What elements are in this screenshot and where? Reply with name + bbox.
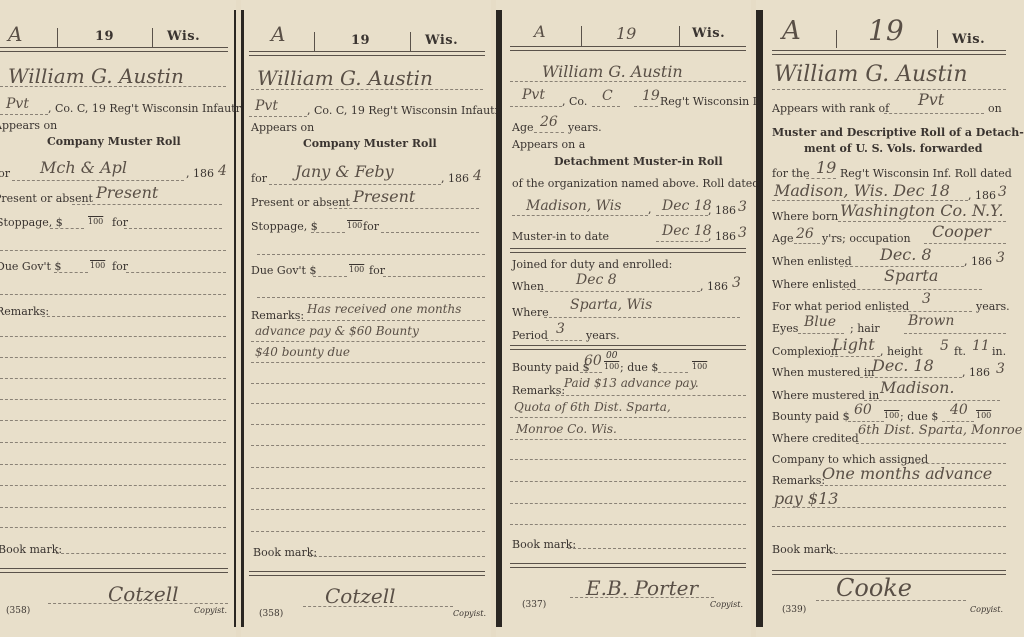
credited-value: 6th Dist. Sparta, Monroe: [858, 423, 1022, 438]
copyist-label: Copyist.: [194, 606, 227, 615]
rank-label: Appears with rank of: [772, 102, 889, 115]
eyes-label: Eyes: [772, 322, 798, 335]
year-printed: , 186: [708, 204, 736, 217]
remarks-line-3: $40 bounty due: [255, 345, 350, 359]
occupation-label: y'rs; occupation: [822, 232, 911, 245]
rank-value: Pvt: [6, 96, 29, 112]
complexion-value: Light: [832, 335, 875, 354]
hair-value: Brown: [908, 313, 954, 329]
unit-line: , Co. C, 19 Reg't Wisconsin Infautry.: [307, 104, 508, 117]
eyes-value: Blue: [804, 314, 836, 330]
header-regiment: 19: [351, 33, 370, 48]
height-ft: 5: [940, 338, 949, 354]
remarks-line-1: Paid $13 advance pay.: [564, 376, 699, 390]
copyist-label: Copyist.: [453, 609, 486, 618]
card-edge: [756, 10, 763, 627]
remarks-line-1: Has received one months: [307, 302, 461, 316]
roll-type-line-2: ment of U. S. Vols. forwarded: [804, 142, 982, 155]
service-card-1: A 19 Wis. William G. Austin Pvt , Co. C,…: [0, 0, 236, 637]
muster-value: Dec 18: [662, 223, 712, 239]
reg-line: Reg't Wisconsin Inf. Roll dated: [840, 167, 1012, 180]
service-card-2: A 19 Wis. William G. Austin Pvt , Co. C,…: [241, 0, 491, 637]
roll-type: Detachment Muster-in Roll: [554, 155, 723, 168]
credited-label: Where credited: [772, 432, 859, 445]
period-value: 3: [922, 291, 931, 307]
appears-on-label: Appears on: [0, 119, 57, 132]
for-label: for: [0, 167, 10, 180]
due-value: 40: [950, 402, 968, 418]
year-hand: 4: [218, 163, 227, 179]
copyist-signature: Cotzell: [325, 584, 396, 608]
form-number: (337): [522, 600, 546, 610]
copyist-label: Copyist.: [710, 600, 743, 609]
stoppage-frac: 100: [88, 217, 103, 226]
soldier-name: William G. Austin: [542, 62, 683, 81]
remarks-line-2: Quota of 6th Dist. Sparta,: [514, 400, 671, 414]
remarks-line-1: One months advance: [822, 464, 992, 483]
stoppage-for: for: [363, 220, 379, 233]
co-value: C: [602, 88, 613, 104]
present-value: Present: [96, 183, 158, 202]
age-suffix: years.: [568, 121, 602, 134]
age-value: 26: [796, 226, 814, 242]
remarks-label: Remarks:: [772, 474, 825, 487]
rank-suffix: on: [988, 102, 1002, 115]
year-hand: 3: [998, 184, 1007, 200]
present-value: Present: [353, 187, 415, 206]
rank-value: Pvt: [918, 90, 944, 109]
age-label: Age: [772, 232, 794, 245]
ft-label: ft.: [954, 345, 966, 358]
where-mustered-value: Madison.: [880, 378, 955, 397]
enlisted-year-printed: , 186: [964, 255, 992, 268]
bookmark-label: Book mark:: [253, 546, 317, 559]
due-gov-label: Due Gov't $: [0, 260, 61, 273]
period-value: 3: [556, 321, 565, 337]
enlisted-year-hand: 3: [996, 250, 1005, 266]
bookmark-label: Book mark:: [512, 538, 576, 551]
for-value: Mch & Apl: [40, 158, 127, 177]
form-number: (358): [259, 609, 283, 619]
copyist-label: Copyist.: [970, 605, 1003, 614]
bookmark-label: Book mark:: [0, 543, 62, 556]
year-hand: 3: [738, 199, 747, 215]
complexion-label: Complexion: [772, 345, 838, 358]
in-label: in.: [992, 345, 1006, 358]
card-edge: [241, 10, 244, 627]
appears-on-label: Appears on: [251, 121, 314, 134]
bounty-value: 60: [584, 353, 602, 369]
bounty-label: Bounty paid $: [512, 361, 590, 374]
header-letter: A: [782, 16, 801, 46]
due-frac: 100: [692, 362, 707, 371]
header-regiment: 19: [95, 29, 114, 44]
bounty-frac: 100: [884, 411, 899, 420]
header-state: Wis.: [692, 26, 725, 41]
muster-year-hand: 3: [738, 225, 747, 241]
stoppage-frac: 100: [347, 221, 362, 230]
roll-type-line-1: Muster and Descriptive Roll of a Detach-: [772, 126, 1024, 139]
header-regiment: 19: [616, 24, 636, 43]
service-card-4: A 19 Wis. William G. Austin Appears with…: [756, 0, 1024, 637]
when-year-printed: , 186: [700, 280, 728, 293]
header-letter: A: [271, 22, 285, 46]
enlisted-value: Dec. 8: [880, 245, 932, 264]
header-state: Wis.: [167, 29, 200, 44]
card-edge: [496, 10, 502, 627]
comma: ,: [648, 203, 652, 216]
occupation-value: Cooper: [932, 222, 991, 241]
mustered-year-hand: 3: [996, 361, 1005, 377]
when-year-hand: 3: [732, 275, 741, 291]
remarks-line-3: Monroe Co. Wis.: [516, 422, 617, 436]
height-in: 11: [972, 338, 990, 354]
copyist-signature: Cooke: [836, 574, 912, 602]
period-label: Period: [512, 329, 548, 342]
soldier-name: William G. Austin: [8, 64, 184, 88]
muster-year-printed: , 186: [708, 230, 736, 243]
year-printed: , 186: [441, 172, 469, 185]
due-gov-label: Due Gov't $: [251, 264, 316, 277]
header-state: Wis.: [425, 33, 458, 48]
roll-type: Company Muster Roll: [47, 135, 181, 148]
due-frac: 100: [90, 261, 105, 270]
mustered-year-printed: , 186: [962, 366, 990, 379]
roll-dated-place: Madison, Wis: [526, 198, 621, 214]
for-label: for: [251, 172, 267, 185]
where-enlisted-value: Sparta: [884, 266, 938, 285]
form-number: (358): [6, 606, 30, 616]
joined-label: Joined for duty and enrolled:: [512, 258, 672, 271]
remarks-line-2: pay $13: [774, 489, 838, 508]
unit-suffix: Reg't Wisconsin Inf.: [660, 95, 771, 108]
for-the-label: for the: [772, 167, 809, 180]
org-line: of the organization named above. Roll da…: [512, 177, 759, 190]
muster-label: Muster-in to date: [512, 230, 609, 243]
form-number: (339): [782, 605, 806, 615]
reg-value: 19: [642, 88, 660, 104]
age-value: 26: [540, 114, 558, 130]
soldier-name: William G. Austin: [774, 62, 968, 87]
header-state: Wis.: [952, 32, 985, 47]
born-value: Washington Co. N.Y.: [840, 201, 1004, 220]
header-letter: A: [534, 22, 546, 41]
where-value: Sparta, Wis: [570, 297, 652, 313]
header-letter: A: [8, 22, 22, 46]
when-value: Dec 8: [576, 272, 617, 288]
remarks-line-2: advance pay & $60 Bounty: [255, 324, 419, 338]
appears-on-label: Appears on a: [512, 138, 585, 151]
rank-value: Pvt: [522, 87, 545, 103]
co-label: , Co.: [562, 95, 587, 108]
due-frac: 100: [976, 411, 991, 420]
born-label: Where born: [772, 210, 838, 223]
soldier-name: William G. Austin: [257, 66, 433, 90]
service-card-3: A 19 Wis. William G. Austin Pvt , Co. C …: [496, 0, 751, 637]
for-the-value: 19: [816, 158, 836, 177]
for-value: Jany & Feby: [295, 162, 394, 181]
year-hand: 4: [473, 168, 482, 184]
bounty-cents: 00: [606, 351, 617, 361]
due-label: ; due $: [620, 361, 658, 374]
roll-dated-date: Dec 18: [662, 198, 712, 214]
bookmark-label: Book mark:: [772, 543, 836, 556]
due-frac: 100: [349, 265, 364, 274]
bounty-frac: 100: [604, 362, 619, 371]
period-suffix: years.: [976, 300, 1010, 313]
unit-line: , Co. C, 19 Reg't Wisconsin Infautry.: [48, 102, 249, 115]
age-label: Age: [512, 121, 534, 134]
mustered-value: Dec. 18: [872, 356, 934, 375]
stoppage-label: Stoppage, $: [251, 220, 318, 233]
header-regiment: 19: [868, 14, 904, 47]
roll-type: Company Muster Roll: [303, 137, 437, 150]
due-label: ; due $: [900, 410, 938, 423]
hair-label: ; hair: [850, 322, 880, 335]
year-printed: , 186: [186, 167, 214, 180]
bounty-value: 60: [854, 402, 872, 418]
roll-dated: Madison, Wis. Dec 18: [774, 181, 950, 200]
bounty-label: Bounty paid $: [772, 410, 850, 423]
rank-value: Pvt: [255, 98, 278, 114]
period-suffix: years.: [586, 329, 620, 342]
